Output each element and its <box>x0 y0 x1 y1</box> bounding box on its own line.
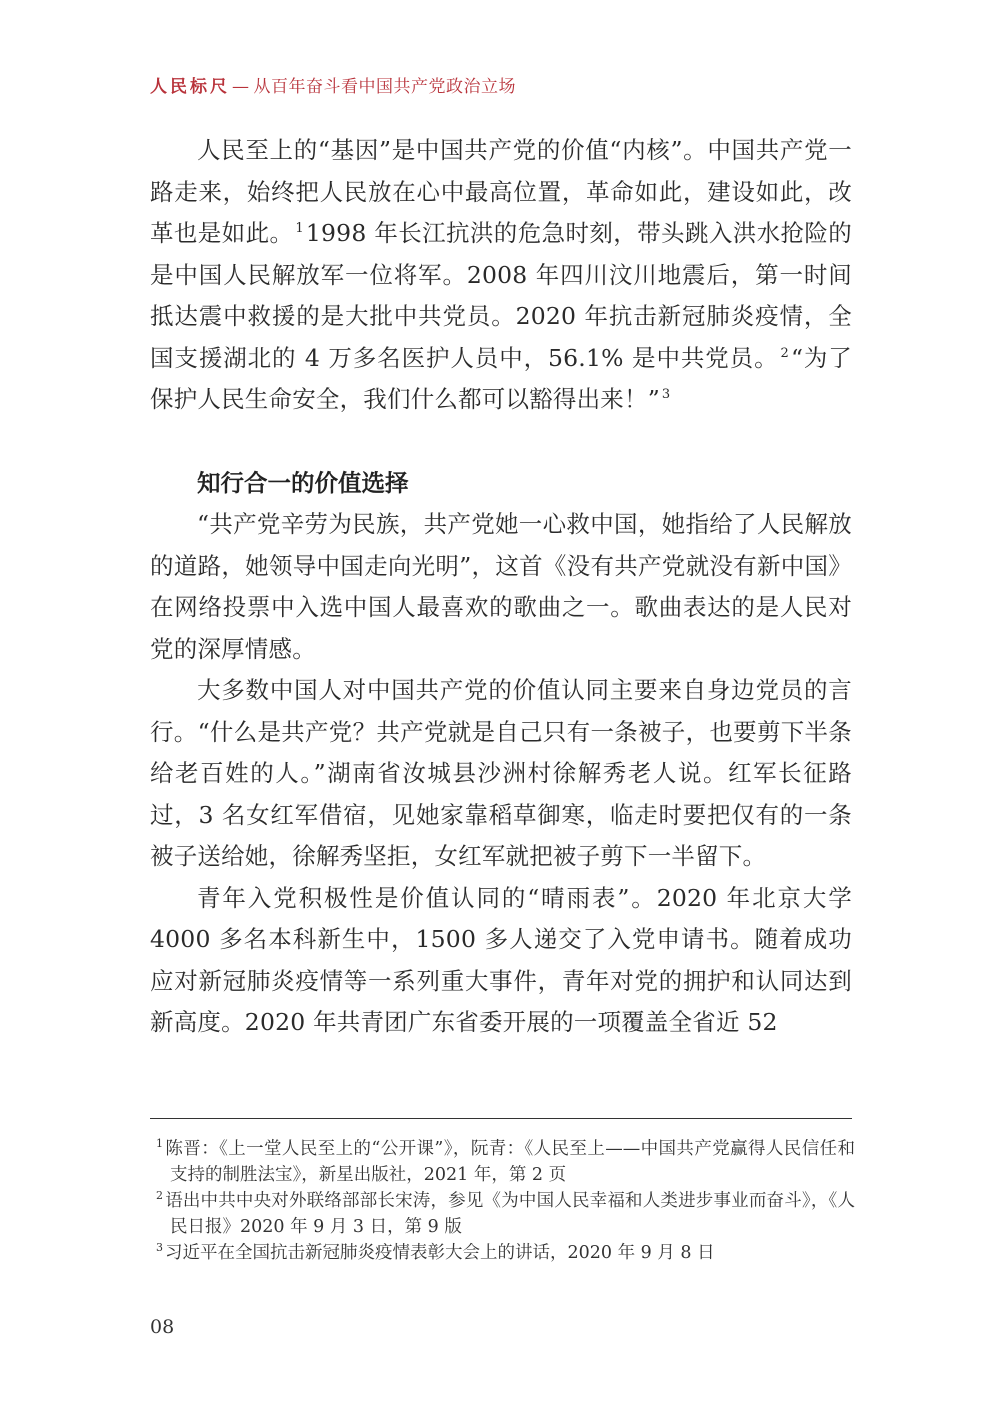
footnote-1: 1陈晋：《上一堂人民至上的“公开课”》，阮青：《人民至上——中国共产党赢得人民信… <box>150 1136 855 1188</box>
section-heading: 知行合一的价值选择 <box>150 463 852 505</box>
book-subtitle: 从百年奋斗看中国共产党政治立场 <box>254 77 517 97</box>
header-dash: — <box>232 77 250 97</box>
footnote-2: 2语出中共中央对外联络部部长宋涛，参见《为中国人民幸福和人类进步事业而奋斗》，《… <box>150 1188 855 1240</box>
book-title: 人民标尺 <box>150 77 230 97</box>
paragraph-song: “共产党辛劳为民族，共产党她一心救中国，她指给了人民解放的道路，她领导中国走向光… <box>150 504 852 670</box>
paragraph-people-first: 人民至上的“基因”是中国共产党的价值“内核”。中国共产党一路走来，始终把人民放在… <box>150 130 852 421</box>
page-number: 08 <box>150 1316 174 1338</box>
footnote-divider <box>150 1118 852 1119</box>
footnote-ref-2[interactable]: 2 <box>780 346 788 361</box>
footnote-ref-3[interactable]: 3 <box>662 387 670 402</box>
paragraph-youth: 青年入党积极性是价值认同的“晴雨表”。2020 年北京大学 4000 多名本科新… <box>150 878 852 1044</box>
footnote-text: 习近平在全国抗击新冠肺炎疫情表彰大会上的讲话，2020 年 9 月 8 日 <box>165 1243 715 1263</box>
footnote-text: 陈晋：《上一堂人民至上的“公开课”》，阮青：《人民至上——中国共产党赢得人民信任… <box>165 1139 855 1185</box>
footnote-number: 1 <box>156 1137 163 1150</box>
running-header: 人民标尺—从百年奋斗看中国共产党政治立场 <box>150 72 516 97</box>
paragraph-quilt-story: 大多数中国人对中国共产党的价值认同主要来自身边党员的言行。“什么是共产党？共产党… <box>150 670 852 878</box>
footnote-number: 2 <box>156 1189 163 1202</box>
footnote-text: 语出中共中央对外联络部部长宋涛，参见《为中国人民幸福和人类进步事业而奋斗》，《人… <box>165 1191 855 1237</box>
page-body: 人民至上的“基因”是中国共产党的价值“内核”。中国共产党一路走来，始终把人民放在… <box>150 130 852 1044</box>
footnotes: 1陈晋：《上一堂人民至上的“公开课”》，阮青：《人民至上——中国共产党赢得人民信… <box>150 1136 855 1266</box>
footnote-number: 3 <box>156 1241 163 1254</box>
footnote-3: 3习近平在全国抗击新冠肺炎疫情表彰大会上的讲话，2020 年 9 月 8 日 <box>150 1240 855 1266</box>
footnote-ref-1[interactable]: 1 <box>295 221 303 236</box>
